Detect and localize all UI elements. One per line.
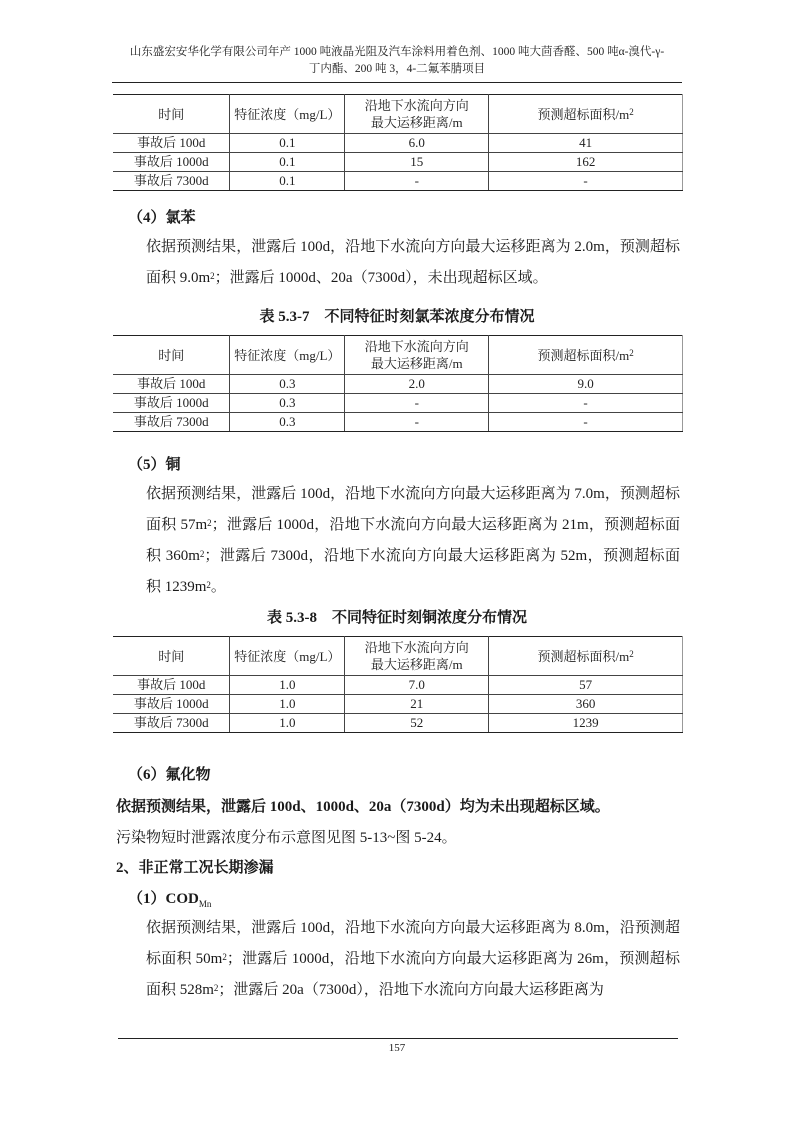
header-line-1: 山东盛宏安华化学有限公司年产 1000 吨液晶光阻及汽车涂料用着色剂、1000 … <box>112 44 682 61</box>
superscript: 2 <box>629 107 634 117</box>
cell-distance: 2.0 <box>345 375 489 394</box>
paragraph-text: ；泄露后 20a（7300d），沿地下水流向方向最大运移距离为 <box>218 982 603 998</box>
paragraph-text: 。 <box>211 579 226 595</box>
cell-concentration: 1.0 <box>230 695 345 714</box>
cell-concentration: 0.1 <box>230 153 345 172</box>
cell-time: 事故后 100d <box>113 134 230 153</box>
cell-time: 事故后 1000d <box>113 695 230 714</box>
col-header-distance: 沿地下水流向方向最大运移距离/m <box>345 336 489 375</box>
subscript: Mn <box>199 899 212 909</box>
col-header-area-text: 预测超标面积/m <box>537 649 629 664</box>
table-row: 事故后 100d 1.0 7.0 57 <box>113 676 683 695</box>
table-row: 事故后 100d 0.3 2.0 9.0 <box>113 375 683 394</box>
superscript: 2 <box>629 348 634 358</box>
cell-concentration: 1.0 <box>230 714 345 733</box>
cell-area: - <box>489 413 683 432</box>
table-5-3-7: 时间 特征浓度（mg/L） 沿地下水流向方向最大运移距离/m 预测超标面积/m2… <box>113 335 683 432</box>
col-header-distance-line2: 最大运移距离/m <box>371 115 463 130</box>
cell-distance: - <box>345 394 489 413</box>
table-caption-5-3-7: 表 5.3-7 不同特征时刻氯苯浓度分布情况 <box>0 305 794 326</box>
cell-concentration: 0.3 <box>230 394 345 413</box>
table-row: 事故后 7300d 0.3 - - <box>113 413 683 432</box>
paragraph-text: ；泄露后 7300d，沿地下水流向方向最大运移距离为 52m，预测超标面积 12… <box>146 548 680 595</box>
paragraph-chlorobenzene: 依据预测结果，泄露后 100d，沿地下水流向方向最大运移距离为 2.0m，预测超… <box>116 232 680 294</box>
col-header-distance-line2: 最大运移距离/m <box>371 356 463 371</box>
header-divider <box>112 82 682 83</box>
cell-time: 事故后 7300d <box>113 714 230 733</box>
col-header-area-text: 预测超标面积/m <box>537 348 629 363</box>
col-header-area-text: 预测超标面积/m <box>537 107 629 122</box>
cell-time: 事故后 100d <box>113 676 230 695</box>
superscript: 2 <box>210 271 215 281</box>
table-previous-continued: 时间 特征浓度（mg/L） 沿地下水流向方向最大运移距离/m 预测超标面积/m2… <box>113 94 683 191</box>
col-header-area: 预测超标面积/m2 <box>489 336 683 375</box>
cell-time: 事故后 7300d <box>113 413 230 432</box>
cell-concentration: 0.3 <box>230 413 345 432</box>
table-header-row: 时间 特征浓度（mg/L） 沿地下水流向方向最大运移距离/m 预测超标面积/m2 <box>113 637 683 676</box>
cell-area: 9.0 <box>489 375 683 394</box>
cell-concentration: 0.1 <box>230 134 345 153</box>
footer-divider <box>118 1038 678 1039</box>
table-row: 事故后 1000d 1.0 21 360 <box>113 695 683 714</box>
paragraph-text: ；泄露后 1000d、20a（7300d），未出现超标区域。 <box>215 270 548 286</box>
cell-distance: 15 <box>345 153 489 172</box>
cell-distance: - <box>345 172 489 191</box>
cell-area: 360 <box>489 695 683 714</box>
cell-distance: 52 <box>345 714 489 733</box>
col-header-area: 预测超标面积/m2 <box>489 95 683 134</box>
section-heading-long-term-leakage: 2、非正常工况长期渗漏 <box>116 856 274 877</box>
col-header-time: 时间 <box>113 95 230 134</box>
page-number: 157 <box>0 1042 794 1054</box>
col-header-distance-line2: 最大运移距离/m <box>371 657 463 672</box>
superscript: 2 <box>206 580 211 590</box>
col-header-area: 预测超标面积/m2 <box>489 637 683 676</box>
col-header-distance: 沿地下水流向方向最大运移距离/m <box>345 637 489 676</box>
superscript: 2 <box>214 983 219 993</box>
section-heading-chlorobenzene: （4）氯苯 <box>128 206 196 227</box>
cell-time: 事故后 1000d <box>113 394 230 413</box>
col-header-concentration: 特征浓度（mg/L） <box>230 637 345 676</box>
col-header-distance-line1: 沿地下水流向方向 <box>365 339 469 354</box>
col-header-distance-line1: 沿地下水流向方向 <box>365 98 469 113</box>
table-row: 事故后 100d 0.1 6.0 41 <box>113 134 683 153</box>
cell-area: 162 <box>489 153 683 172</box>
superscript: 2 <box>200 549 205 559</box>
superscript: 2 <box>629 649 634 659</box>
col-header-concentration: 特征浓度（mg/L） <box>230 95 345 134</box>
cell-time: 事故后 1000d <box>113 153 230 172</box>
header-line-2: 丁内酯、200 吨 3，4-二氟苯腈项目 <box>112 61 682 78</box>
cell-area: 57 <box>489 676 683 695</box>
cell-time: 事故后 100d <box>113 375 230 394</box>
paragraph-copper: 依据预测结果，泄露后 100d，沿地下水流向方向最大运移距离为 7.0m，预测超… <box>116 479 680 603</box>
table-row: 事故后 1000d 0.1 15 162 <box>113 153 683 172</box>
col-header-concentration: 特征浓度（mg/L） <box>230 336 345 375</box>
col-header-time: 时间 <box>113 336 230 375</box>
cell-area: 1239 <box>489 714 683 733</box>
col-header-distance: 沿地下水流向方向最大运移距离/m <box>345 95 489 134</box>
cell-distance: 21 <box>345 695 489 714</box>
col-header-distance-line1: 沿地下水流向方向 <box>365 640 469 655</box>
cell-distance: 7.0 <box>345 676 489 695</box>
table-row: 事故后 1000d 0.3 - - <box>113 394 683 413</box>
figure-reference-note: 污染物短时泄露浓度分布示意图见图 5-13~图 5-24。 <box>116 826 457 847</box>
fluoride-result: 依据预测结果，泄露后 100d、1000d、20a（7300d）均为未出现超标区… <box>116 795 610 816</box>
heading-text: （1）COD <box>128 891 199 907</box>
cell-area: - <box>489 172 683 191</box>
table-header-row: 时间 特征浓度（mg/L） 沿地下水流向方向最大运移距离/m 预测超标面积/m2 <box>113 95 683 134</box>
paragraph-codmn: 依据预测结果，泄露后 100d，沿地下水流向方向最大运移距离为 8.0m，沿预测… <box>116 913 680 1006</box>
section-heading-codmn: （1）CODMn <box>128 887 211 909</box>
cell-concentration: 0.1 <box>230 172 345 191</box>
cell-area: - <box>489 394 683 413</box>
page-header: 山东盛宏安华化学有限公司年产 1000 吨液晶光阻及汽车涂料用着色剂、1000 … <box>112 44 682 78</box>
cell-area: 41 <box>489 134 683 153</box>
table-5-3-8: 时间 特征浓度（mg/L） 沿地下水流向方向最大运移距离/m 预测超标面积/m2… <box>113 636 683 733</box>
cell-distance: 6.0 <box>345 134 489 153</box>
table-caption-5-3-8: 表 5.3-8 不同特征时刻铜浓度分布情况 <box>0 606 794 627</box>
table-row: 事故后 7300d 0.1 - - <box>113 172 683 191</box>
section-heading-copper: （5）铜 <box>128 453 181 474</box>
superscript: 2 <box>222 952 227 962</box>
table-row: 事故后 7300d 1.0 52 1239 <box>113 714 683 733</box>
col-header-time: 时间 <box>113 637 230 676</box>
cell-distance: - <box>345 413 489 432</box>
superscript: 2 <box>207 518 212 528</box>
cell-time: 事故后 7300d <box>113 172 230 191</box>
cell-concentration: 1.0 <box>230 676 345 695</box>
table-header-row: 时间 特征浓度（mg/L） 沿地下水流向方向最大运移距离/m 预测超标面积/m2 <box>113 336 683 375</box>
cell-concentration: 0.3 <box>230 375 345 394</box>
section-heading-fluoride: （6）氟化物 <box>128 763 211 784</box>
